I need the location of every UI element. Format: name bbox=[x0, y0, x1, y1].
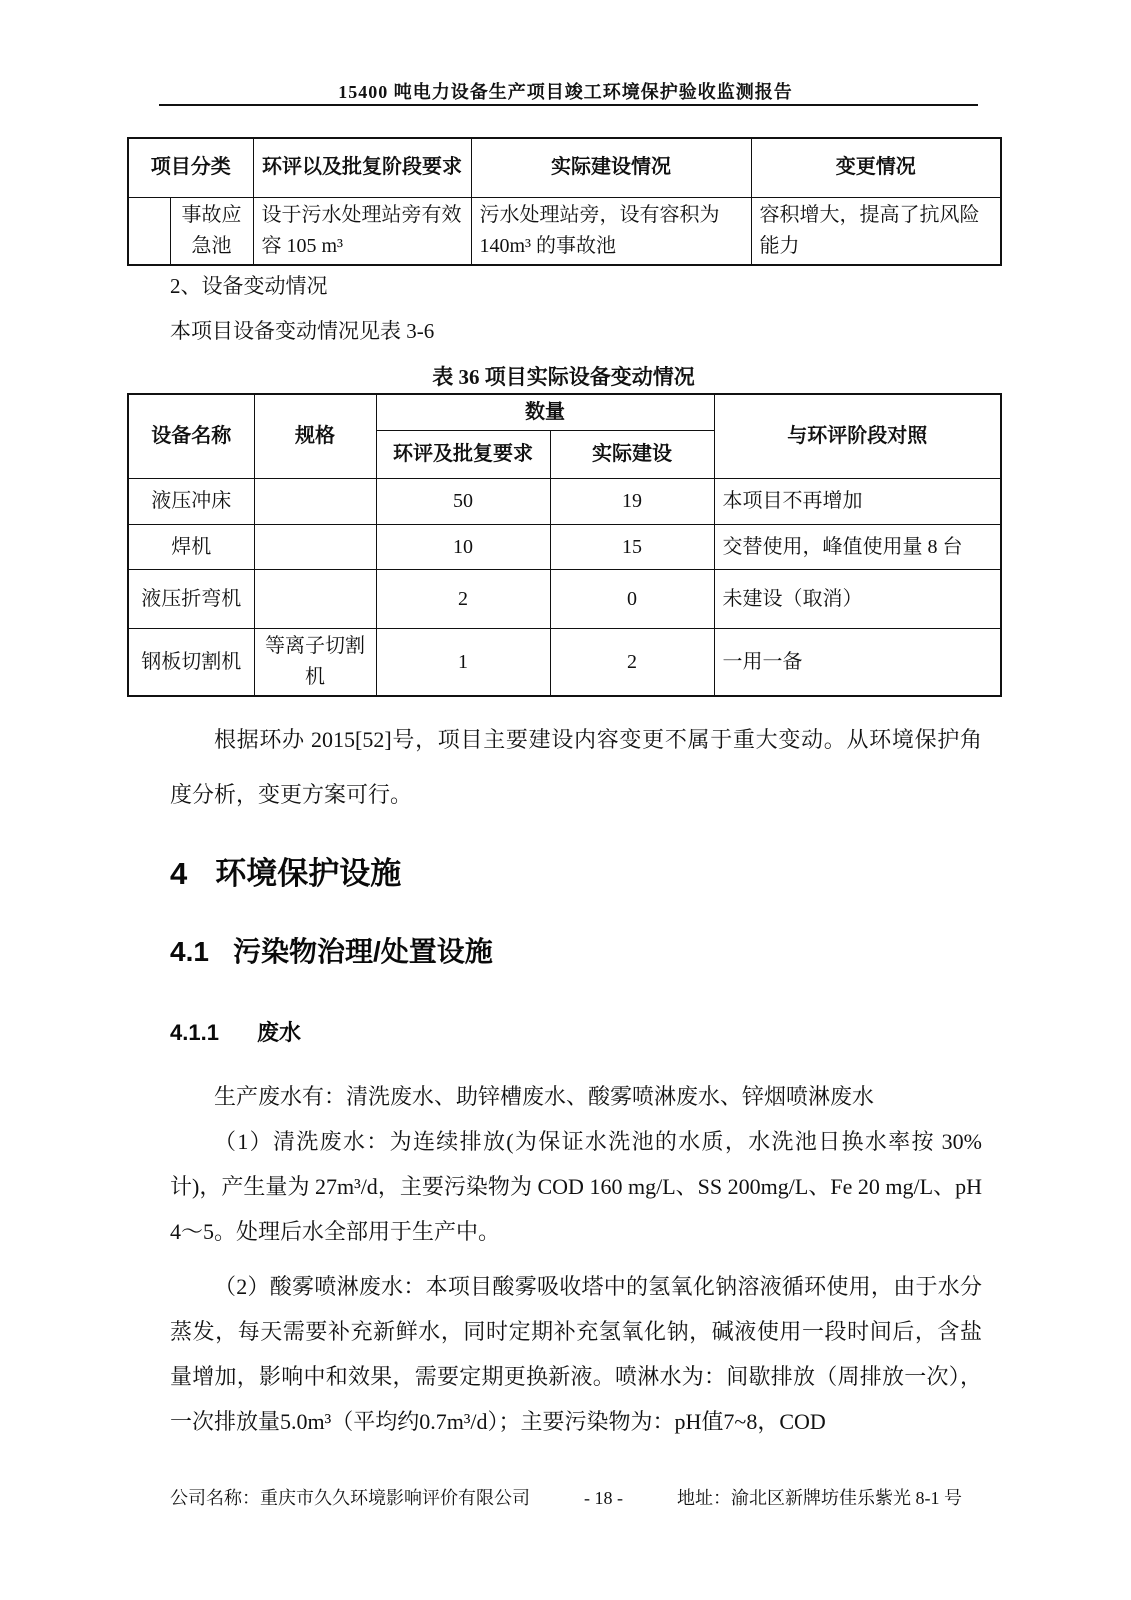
actual-cell: 污水处理站旁，设有容积为 140m³ 的事故池 bbox=[471, 197, 751, 265]
device-cell: 焊机 bbox=[128, 525, 254, 570]
table-row: 液压折弯机 2 0 未建设（取消） bbox=[128, 570, 1001, 629]
spec-cell bbox=[254, 479, 376, 525]
qty-eia-cell: 10 bbox=[376, 525, 550, 570]
qty-actual-cell: 15 bbox=[550, 525, 714, 570]
qty-actual-cell: 19 bbox=[550, 479, 714, 525]
table-caption: 表 36 项目实际设备变动情况 bbox=[127, 361, 1000, 391]
wastewater-paragraph-1: （1）清洗废水：为连续排放(为保证水洗池的水质，水洗池日换水率按 30%计)，产… bbox=[170, 1119, 982, 1254]
compare-cell: 未建设（取消） bbox=[714, 570, 1001, 629]
spacer-cell bbox=[128, 197, 170, 265]
change-cell: 容积增大，提高了抗风险能力 bbox=[751, 197, 1001, 265]
col-header-device: 设备名称 bbox=[128, 394, 254, 479]
device-cell: 液压折弯机 bbox=[128, 570, 254, 629]
table-row: 事故应急池 设于污水处理站旁有效容 105 m³ 污水处理站旁，设有容积为 14… bbox=[128, 197, 1001, 265]
chapter-title: 环境保护设施 bbox=[215, 856, 401, 891]
subsection-title: 废水 bbox=[257, 1020, 301, 1045]
spec-cell bbox=[254, 570, 376, 629]
chapter-number: 4 bbox=[170, 856, 187, 891]
chapter-heading: 4环境保护设施 bbox=[170, 848, 401, 893]
wastewater-body: 生产废水有：清洗废水、助锌槽废水、酸雾喷淋废水、锌烟喷淋废水 （1）清洗废水：为… bbox=[170, 1074, 982, 1444]
col-header-actual: 实际建设情况 bbox=[471, 138, 751, 197]
conclusion-paragraph: 根据环办 2015[52]号，项目主要建设内容变更不属于重大变动。从环境保护角度… bbox=[170, 712, 982, 822]
header-divider bbox=[159, 104, 978, 106]
document-page: 15400 吨电力设备生产项目竣工环境保护验收监测报告 项目分类 环评以及批复阶… bbox=[0, 0, 1131, 1600]
qty-actual-cell: 0 bbox=[550, 570, 714, 629]
spec-cell bbox=[254, 525, 376, 570]
section-title: 污染物治理/处置设施 bbox=[233, 936, 493, 967]
equipment-change-table: 设备名称 规格 数量 与环评阶段对照 环评及批复要求 实际建设 液压冲床 50 … bbox=[127, 393, 1002, 697]
col-header-compare: 与环评阶段对照 bbox=[714, 394, 1001, 479]
device-cell: 液压冲床 bbox=[128, 479, 254, 525]
table-row: 焊机 10 15 交替使用，峰值使用量 8 台 bbox=[128, 525, 1001, 570]
list-item-equipment-change: 2、设备变动情况 bbox=[170, 270, 328, 300]
qty-eia-cell: 1 bbox=[376, 629, 550, 697]
subsection-heading: 4.1.1废水 bbox=[170, 1016, 301, 1047]
col-header-qty-actual: 实际建设 bbox=[550, 431, 714, 479]
col-header-category: 项目分类 bbox=[128, 138, 253, 197]
table-row: 液压冲床 50 19 本项目不再增加 bbox=[128, 479, 1001, 525]
table-header-row: 项目分类 环评以及批复阶段要求 实际建设情况 变更情况 bbox=[128, 138, 1001, 197]
col-header-qty-eia: 环评及批复要求 bbox=[376, 431, 550, 479]
category-cell: 事故应急池 bbox=[170, 197, 253, 265]
col-header-eia-requirement: 环评以及批复阶段要求 bbox=[253, 138, 471, 197]
qty-eia-cell: 2 bbox=[376, 570, 550, 629]
table-reference-note: 本项目设备变动情况见表 3-6 bbox=[170, 315, 434, 345]
change-comparison-table: 项目分类 环评以及批复阶段要求 实际建设情况 变更情况 事故应急池 设于污水处理… bbox=[127, 137, 1002, 266]
compare-cell: 一用一备 bbox=[714, 629, 1001, 697]
page-title: 15400 吨电力设备生产项目竣工环境保护验收监测报告 bbox=[0, 78, 1131, 104]
footer-page-number: - 18 - bbox=[584, 1488, 623, 1509]
qty-eia-cell: 50 bbox=[376, 479, 550, 525]
spec-cell: 等离子切割机 bbox=[254, 629, 376, 697]
page-footer: 公司名称：重庆市久久环境影响评价有限公司 - 18 - 地址：渝北区新牌坊佳乐紫… bbox=[170, 1484, 962, 1510]
section-number: 4.1 bbox=[170, 936, 209, 967]
wastewater-intro-paragraph: 生产废水有：清洗废水、助锌槽废水、酸雾喷淋废水、锌烟喷淋废水 bbox=[170, 1074, 982, 1119]
footer-company: 公司名称：重庆市久久环境影响评价有限公司 bbox=[170, 1484, 530, 1510]
footer-address: 地址：渝北区新牌坊佳乐紫光 8-1 号 bbox=[677, 1484, 962, 1510]
col-header-change: 变更情况 bbox=[751, 138, 1001, 197]
section-heading: 4.1污染物治理/处置设施 bbox=[170, 930, 493, 970]
qty-actual-cell: 2 bbox=[550, 629, 714, 697]
table-header-row: 设备名称 规格 数量 与环评阶段对照 bbox=[128, 394, 1001, 431]
eia-requirement-cell: 设于污水处理站旁有效容 105 m³ bbox=[253, 197, 471, 265]
subsection-number: 4.1.1 bbox=[170, 1020, 219, 1045]
compare-cell: 本项目不再增加 bbox=[714, 479, 1001, 525]
wastewater-paragraph-2: （2）酸雾喷淋废水：本项目酸雾吸收塔中的氢氧化钠溶液循环使用，由于水分蒸发，每天… bbox=[170, 1264, 982, 1444]
compare-cell: 交替使用，峰值使用量 8 台 bbox=[714, 525, 1001, 570]
table-row: 钢板切割机 等离子切割机 1 2 一用一备 bbox=[128, 629, 1001, 697]
device-cell: 钢板切割机 bbox=[128, 629, 254, 697]
col-header-quantity: 数量 bbox=[376, 394, 714, 431]
col-header-spec: 规格 bbox=[254, 394, 376, 479]
